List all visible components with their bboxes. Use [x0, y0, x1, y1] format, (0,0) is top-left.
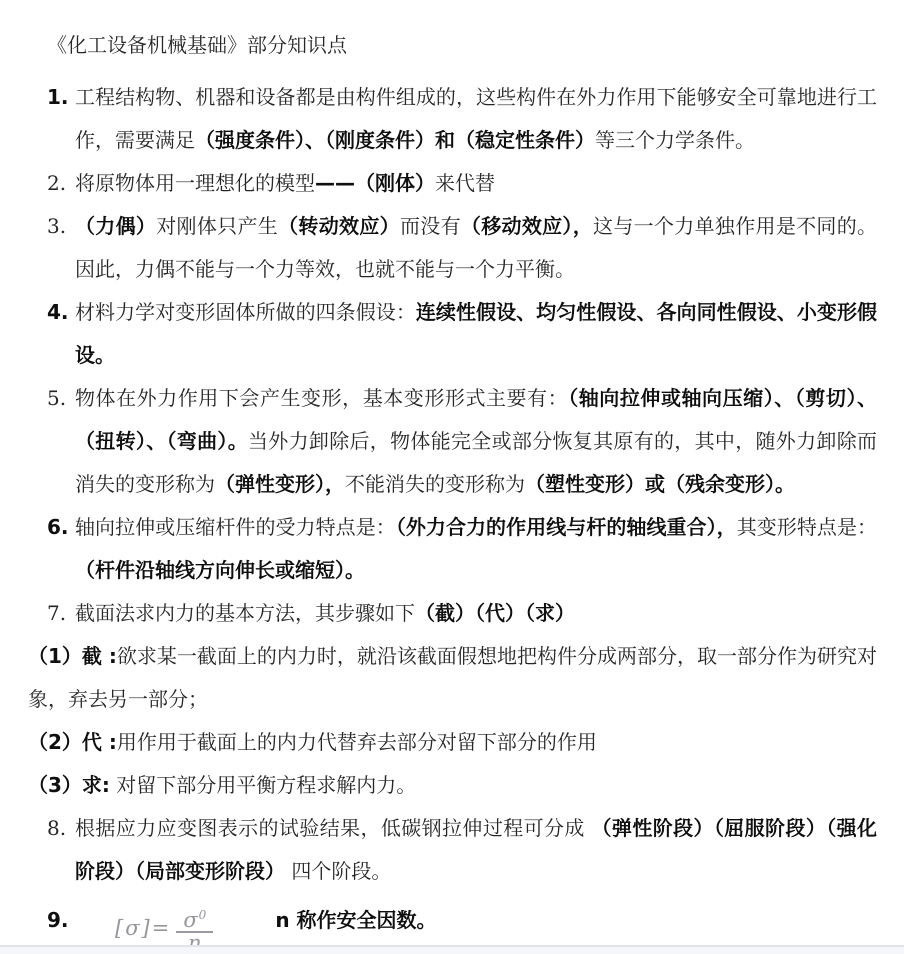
item-number: 3. [47, 205, 75, 291]
text-segment: 用作用于截面上的内力代替弃去部分对留下部分的作用 [117, 730, 597, 754]
text-segment: 对刚体只产生 [156, 214, 278, 238]
text-segment: 四个阶段。 [285, 859, 391, 883]
text-segment: （塑性变形）或（残余变形）。 [525, 472, 795, 496]
list-item: 8.根据应力应变图表示的试验结果，低碳钢拉伸过程可分成 （弹性阶段）（屈服阶段）… [47, 807, 877, 893]
sub-paragraph: （3）求: 对留下部分用平衡方程求解内力。 [28, 764, 877, 807]
item-text: （力偶）对刚体只产生（转动效应）而没有（移动效应），这与一个力单独作用是不同的。… [75, 205, 877, 291]
text-segment: （截）（代）（求） [415, 601, 575, 625]
text-segment: （转动效应） [278, 214, 400, 238]
items-list: 1.工程结构物、机器和设备都是由构件组成的，这些构件在外力作用下能够安全可靠地进… [47, 76, 877, 893]
item-number: 5. [47, 377, 75, 506]
item-text: 物体在外力作用下会产生变形，基本变形形式主要有：（轴向拉伸或轴向压缩）、（剪切）… [75, 377, 877, 506]
item-number: 1. [47, 76, 75, 162]
text-segment: （移动效应）， [461, 214, 593, 238]
item-number: 4. [47, 291, 75, 377]
text-segment: 来代替 [435, 171, 495, 195]
text-segment: （外力合力的作用线与杆的轴线重合）， [396, 515, 737, 539]
page-bottom-edge [0, 945, 904, 954]
document-title: 《化工设备机械基础》部分知识点 [47, 24, 877, 67]
text-segment: 等三个力学条件。 [595, 128, 755, 152]
item-text: 截面法求内力的基本方法，其步骤如下（截）（代）（求） [75, 592, 877, 635]
item-number: 7. [47, 592, 75, 635]
document-page: 《化工设备机械基础》部分知识点 1.工程结构物、机器和设备都是由构件组成的，这些… [0, 0, 904, 954]
text-segment: （强度条件）、（刚度条件）和（稳定性条件） [195, 128, 595, 152]
text-segment: 物体在外力作用下会产生变形，基本变形形式主要有： [75, 386, 568, 410]
text-segment: （弹性变形）， [215, 472, 345, 496]
item-number: 8. [47, 807, 75, 893]
list-item-formula: 9. [σ]=σ0n n 称作安全因数。 [47, 893, 877, 947]
item-text: 根据应力应变图表示的试验结果，低碳钢拉伸过程可分成 （弹性阶段）（屈服阶段）（强… [75, 807, 877, 893]
list-item: 4.材料力学对变形固体所做的四条假设：连续性假设、均匀性假设、各向同性假设、小变… [47, 291, 877, 377]
text-segment: 轴向拉伸或压缩杆件的受力特点是： [75, 515, 396, 539]
text-segment: （3）求: [28, 773, 110, 797]
list-item: 1.工程结构物、机器和设备都是由构件组成的，这些构件在外力作用下能够安全可靠地进… [47, 76, 877, 162]
item-text: 材料力学对变形固体所做的四条假设：连续性假设、均匀性假设、各向同性假设、小变形假… [75, 291, 877, 377]
text-segment: 而没有 [400, 214, 461, 238]
text-segment: （2）代 : [28, 730, 117, 754]
text-segment: 将原物体用一理想化的模型 [75, 171, 315, 195]
list-item: 2.将原物体用一理想化的模型——（刚体）来代替 [47, 162, 877, 205]
text-segment: （杆件沿轴线方向伸长或缩短）。 [75, 558, 365, 582]
text-segment: 截面法求内力的基本方法，其步骤如下 [75, 601, 415, 625]
document-content: 《化工设备机械基础》部分知识点 1.工程结构物、机器和设备都是由构件组成的，这些… [0, 0, 904, 893]
formula-caption: n 称作安全因数。 [275, 899, 436, 942]
list-item: 5.物体在外力作用下会产生变形，基本变形形式主要有：（轴向拉伸或轴向压缩）、（剪… [47, 377, 877, 506]
text-segment: 不能消失的变形称为 [345, 472, 525, 496]
item-text: 轴向拉伸或压缩杆件的受力特点是：（外力合力的作用线与杆的轴线重合），其变形特点是… [75, 506, 877, 592]
text-segment: 其变形特点是： [737, 515, 877, 539]
sigma-symbol: σ [183, 908, 197, 932]
text-segment: （1）截 : [28, 644, 117, 668]
item-number: 9. [47, 899, 75, 942]
text-segment: 材料力学对变形固体所做的四条假设： [75, 300, 416, 324]
list-item: 7.截面法求内力的基本方法，其步骤如下（截）（代）（求） [47, 592, 877, 635]
list-item: 3.（力偶）对刚体只产生（转动效应）而没有（移动效应），这与一个力单独作用是不同… [47, 205, 877, 291]
sub-paragraph: （1）截 :欲求某一截面上的内力时，就沿该截面假想地把构件分成两部分，取一部分作… [28, 635, 877, 721]
item-number: 2. [47, 162, 75, 205]
formula-lhs: [σ]= [115, 918, 171, 939]
list-item: 6.轴向拉伸或压缩杆件的受力特点是：（外力合力的作用线与杆的轴线重合），其变形特… [47, 506, 877, 592]
text-segment: 根据应力应变图表示的试验结果，低碳钢拉伸过程可分成 [75, 816, 592, 840]
text-segment: ——（刚体） [315, 171, 435, 195]
item-number: 6. [47, 506, 75, 592]
text-segment: 欲求某一截面上的内力时，就沿该截面假想地把构件分成两部分，取一部分作为研究对象，… [28, 644, 877, 711]
item-text: 工程结构物、机器和设备都是由构件组成的，这些构件在外力作用下能够安全可靠地进行工… [75, 76, 877, 162]
fraction-numerator: σ0 [176, 903, 213, 933]
sub-paragraph: （2）代 :用作用于截面上的内力代替弃去部分对留下部分的作用 [28, 721, 877, 764]
text-segment: （力偶） [75, 214, 156, 238]
text-segment: 对留下部分用平衡方程求解内力。 [110, 773, 416, 797]
item-text: 将原物体用一理想化的模型——（刚体）来代替 [75, 162, 877, 205]
fraction-superscript: 0 [199, 908, 207, 922]
